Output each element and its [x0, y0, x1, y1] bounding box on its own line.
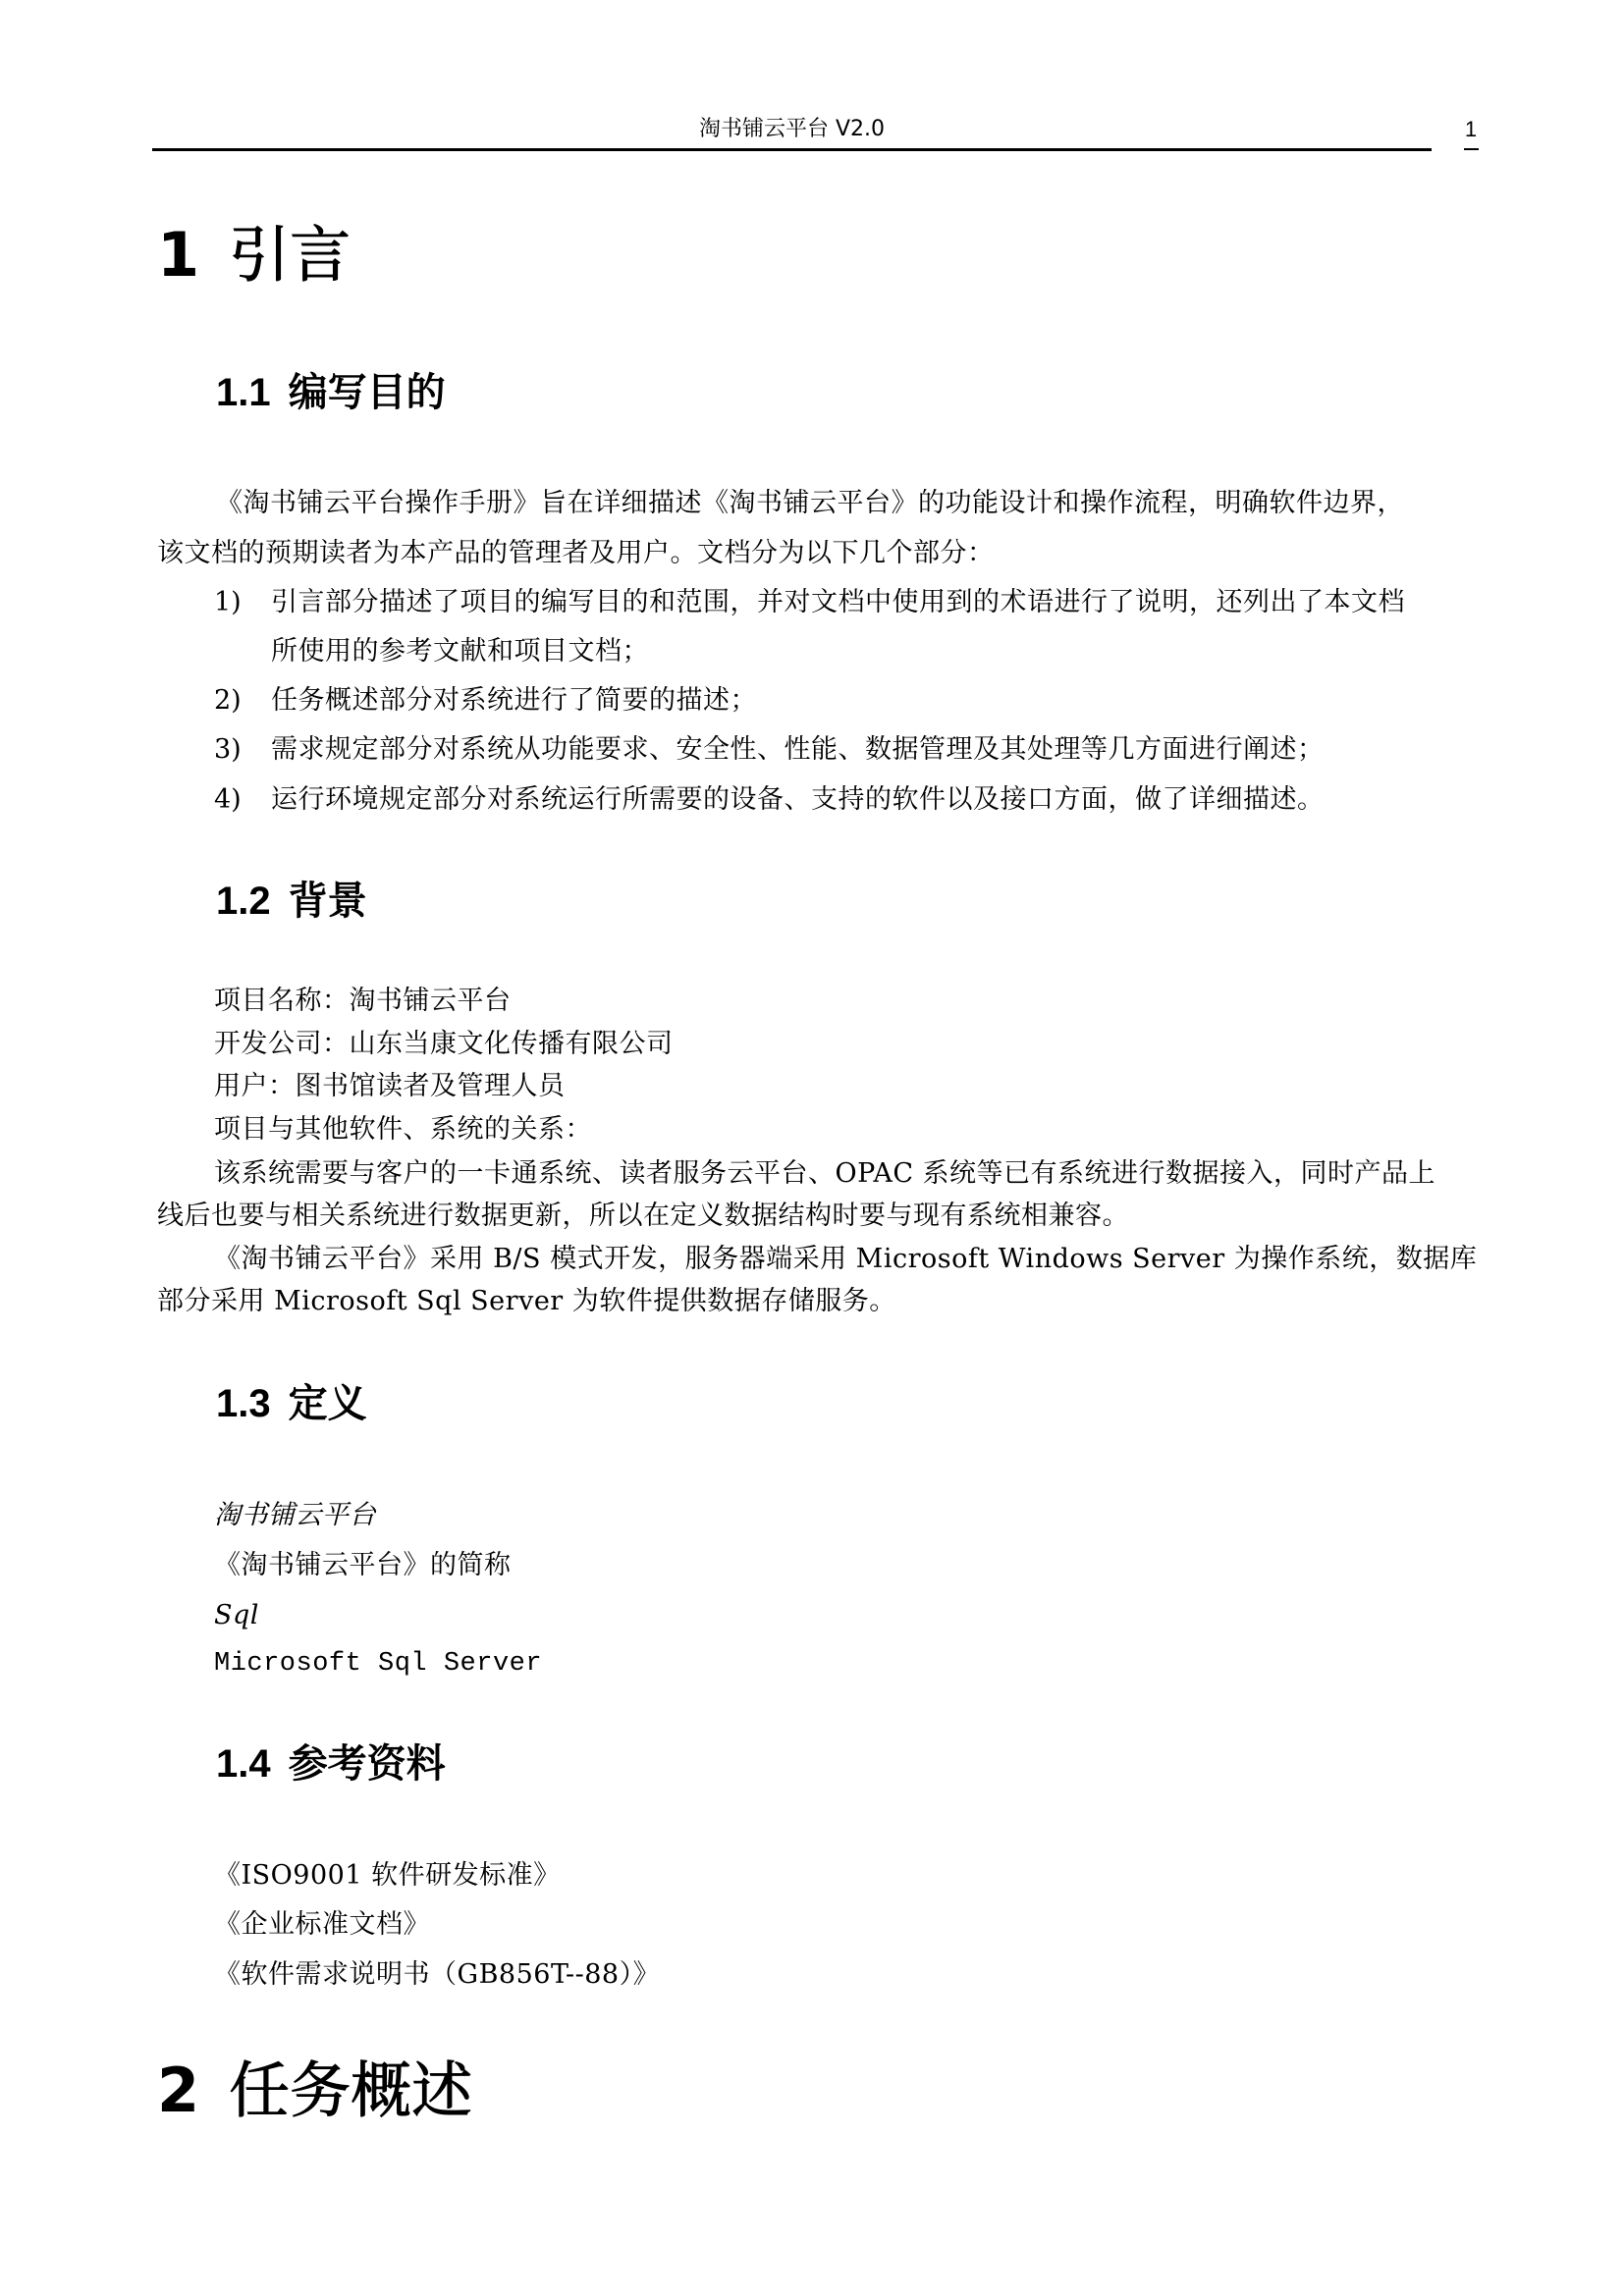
heading-number: 2: [157, 2055, 199, 2126]
purpose-paragraph-line-1: 《淘书铺云平台操作手册》旨在详细描述《淘书铺云平台》的功能设计和操作流程，明确软…: [216, 486, 1404, 521]
list-item-4: 运行环境规定部分对系统运行所需要的设备、支持的软件以及接口方面，做了详细描述。: [271, 782, 1325, 818]
heading-text: 编写目的: [289, 371, 446, 414]
heading-number: 1.3: [216, 1382, 271, 1425]
heading-number: 1.1: [216, 371, 271, 414]
heading-text: 定义: [289, 1382, 367, 1425]
heading-2-definitions: 1.3定义: [216, 1379, 367, 1428]
list-marker: 1): [214, 585, 242, 620]
list-marker: 2): [214, 683, 242, 719]
heading-number: 1.4: [216, 1742, 271, 1786]
list-marker: 4): [214, 782, 242, 818]
architecture-para-line-1: 《淘书铺云平台》采用 B/S 模式开发，服务器端采用 Microsoft Win…: [214, 1242, 1477, 1277]
header-rule: [152, 148, 1432, 151]
heading-text: 引言: [229, 219, 351, 291]
definition-meaning: Microsoft Sql Server: [214, 1646, 542, 1682]
definition-term: Sql: [214, 1598, 259, 1633]
heading-2-purpose: 1.1编写目的: [216, 368, 446, 417]
list-item-1-line-2: 所使用的参考文献和项目文档；: [271, 634, 649, 669]
running-header-title: 淘书铺云平台 V2.0: [152, 116, 1432, 143]
definition-term: 淘书铺云平台: [214, 1498, 376, 1533]
heading-text: 参考资料: [289, 1742, 446, 1786]
heading-text: 背景: [289, 880, 367, 923]
heading-2-background: 1.2背景: [216, 877, 367, 926]
architecture-para-line-2: 部分采用 Microsoft Sql Server 为软件提供数据存储服务。: [157, 1284, 896, 1319]
reference-item: 《企业标准文档》: [214, 1907, 430, 1943]
developer-line: 开发公司：山东当康文化传播有限公司: [214, 1027, 674, 1062]
list-item-1-line-1: 引言部分描述了项目的编写目的和范围，并对文档中使用到的术语进行了说明，还列出了本…: [271, 585, 1405, 620]
heading-1-task-overview: 2任务概述: [157, 2054, 472, 2128]
definition-meaning: 《淘书铺云平台》的简称: [214, 1548, 512, 1583]
relationship-line: 项目与其他软件、系统的关系：: [214, 1112, 592, 1148]
heading-number: 1.2: [216, 880, 271, 923]
list-item-3: 需求规定部分对系统从功能要求、安全性、性能、数据管理及其处理等几方面进行阐述；: [271, 732, 1325, 768]
reference-item: 《软件需求说明书（GB856T--88）》: [214, 1957, 660, 1993]
page-number: 1: [1463, 116, 1479, 143]
list-item-2: 任务概述部分对系统进行了简要的描述；: [271, 683, 757, 719]
heading-2-references: 1.4参考资料: [216, 1739, 446, 1789]
users-line: 用户：图书馆读者及管理人员: [214, 1069, 566, 1104]
heading-1-intro: 1引言: [157, 218, 351, 293]
purpose-paragraph-line-2: 该文档的预期读者为本产品的管理者及用户。文档分为以下几个部分：: [157, 536, 995, 571]
reference-item: 《ISO9001 软件研发标准》: [214, 1858, 561, 1894]
heading-number: 1: [157, 219, 199, 291]
list-marker: 3): [214, 732, 242, 768]
page-number-underline: [1464, 148, 1479, 150]
heading-text: 任务概述: [229, 2055, 472, 2126]
relationship-para-line-1: 该系统需要与客户的一卡通系统、读者服务云平台、OPAC 系统等已有系统进行数据接…: [214, 1156, 1435, 1192]
project-name-line: 项目名称：淘书铺云平台: [214, 984, 512, 1019]
relationship-para-line-2: 线后也要与相关系统进行数据更新，所以在定义数据结构时要与现有系统相兼容。: [157, 1199, 1129, 1234]
